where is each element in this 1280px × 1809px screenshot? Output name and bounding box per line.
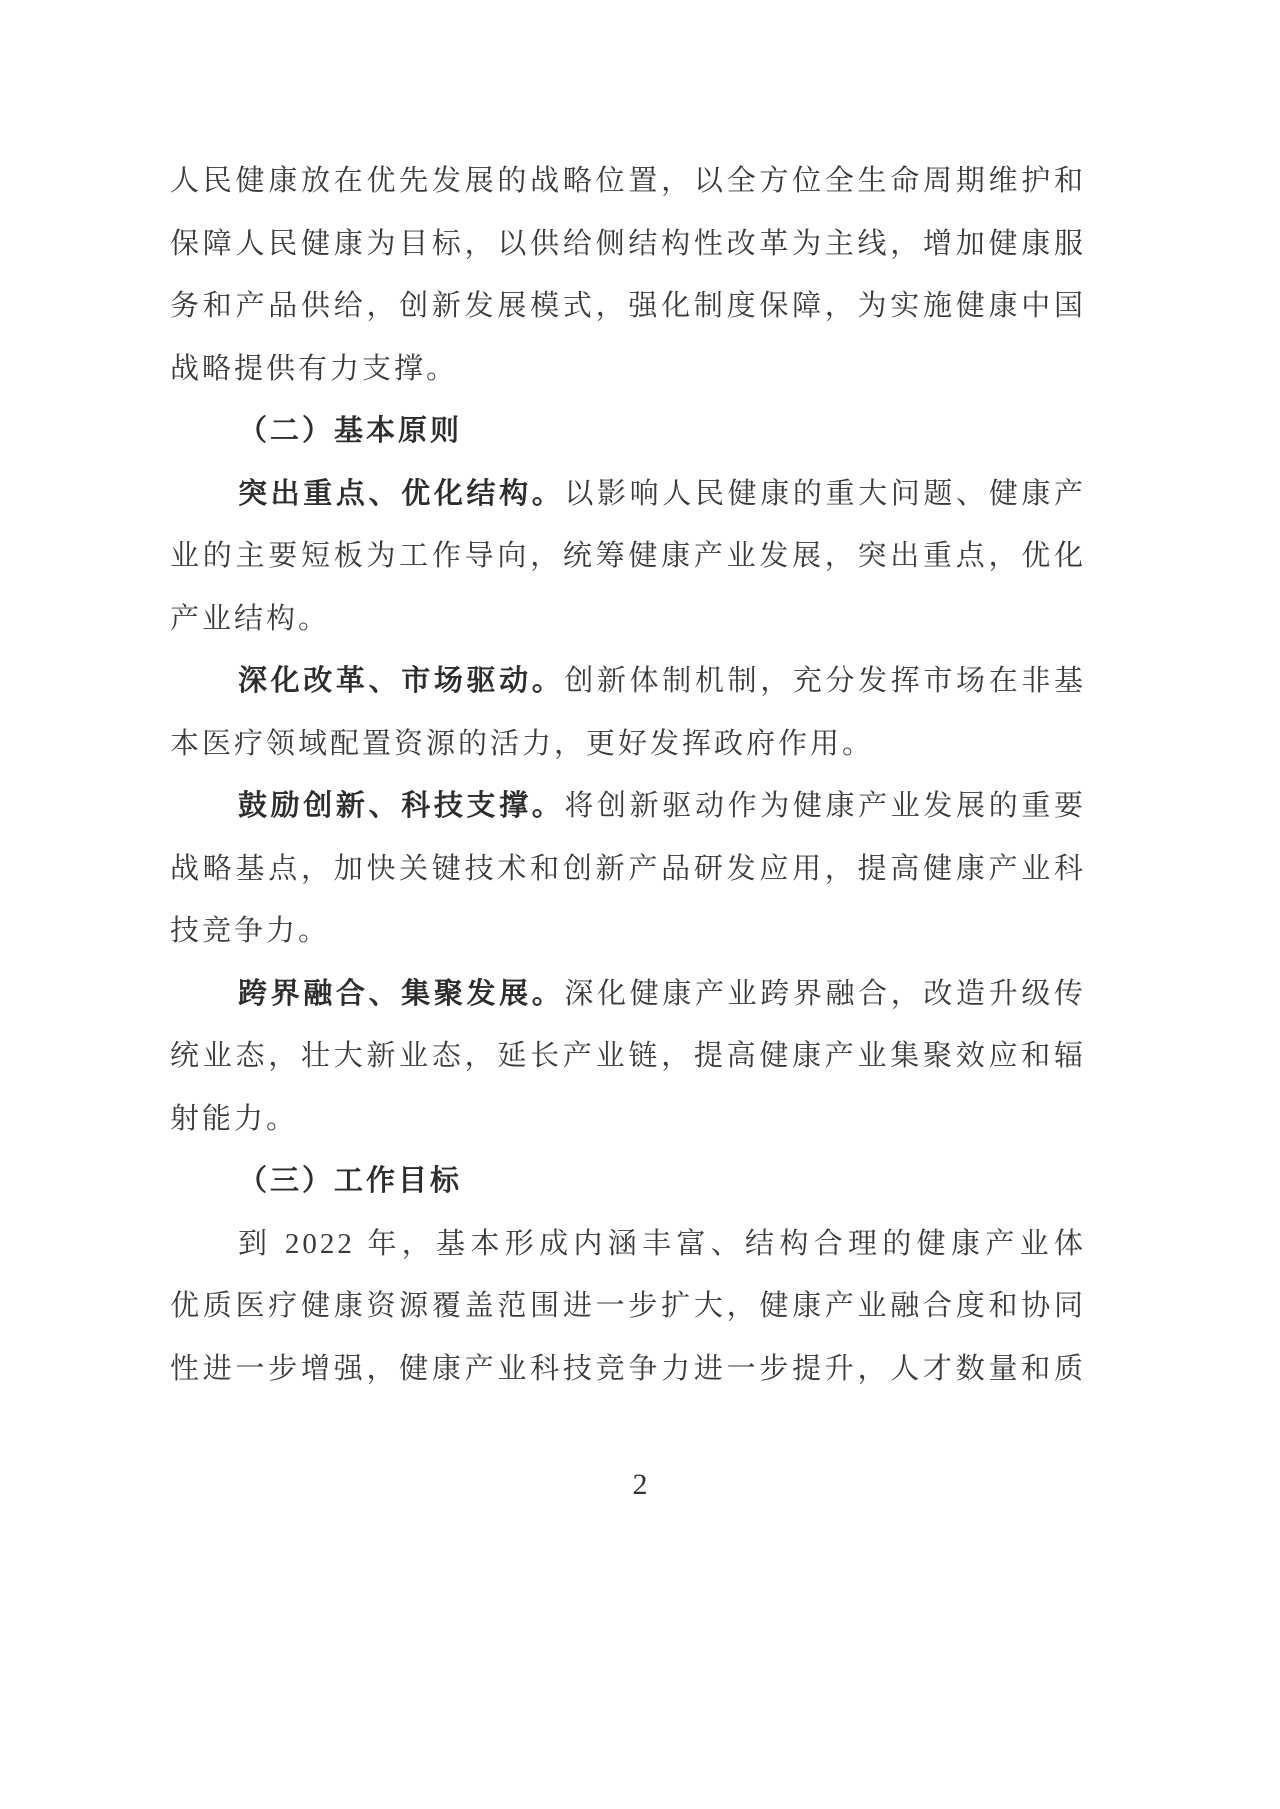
body-text: 本医疗领域配置资源的活力，更好发挥政府作用。 (170, 728, 874, 760)
text-line: 统业态，壮大新业态，延长产业链，提高健康产业集聚效应和辐 (170, 1025, 1086, 1088)
body-text: 性进一步增强，健康产业科技竞争力进一步提升，人才数量和质 (170, 1353, 1086, 1385)
text-line: 人民健康放在优先发展的战略位置，以全方位全生命周期维护和 (170, 150, 1086, 213)
body-text: 技竞争力。 (170, 915, 330, 947)
text-line: 战略基点，加快关键技术和创新产品研发应用，提高健康产业科 (170, 838, 1086, 901)
emphasis-text: 深化改革、市场驱动。 (238, 665, 564, 697)
document-page: 人民健康放在优先发展的战略位置，以全方位全生命周期维护和保障人民健康为目标，以供… (0, 0, 1280, 1809)
emphasis-text: 突出重点、优化结构。 (238, 478, 564, 510)
body-text: 将创新驱动作为健康产业发展的重要 (564, 790, 1086, 822)
text-line: 到 2022 年，基本形成内涵丰富、结构合理的健康产业体系， (170, 1213, 1086, 1276)
body-text: 优质医疗健康资源覆盖范围进一步扩大，健康产业融合度和协同 (170, 1290, 1086, 1322)
text-line: 业的主要短板为工作导向，统筹健康产业发展，突出重点，优化 (170, 525, 1086, 588)
text-line: 务和产品供给，创新发展模式，强化制度保障，为实施健康中国 (170, 275, 1086, 338)
text-line: 射能力。 (170, 1088, 1086, 1151)
section-heading: （三）工作目标 (170, 1150, 1086, 1213)
text-line: 性进一步增强，健康产业科技竞争力进一步提升，人才数量和质 (170, 1338, 1086, 1401)
text-line: 深化改革、市场驱动。创新体制机制，充分发挥市场在非基 (170, 650, 1086, 713)
text-line: 战略提供有力支撑。 (170, 338, 1086, 401)
emphasis-text: 跨界融合、集聚发展。 (238, 978, 564, 1010)
emphasis-text: 鼓励创新、科技支撑。 (238, 790, 564, 822)
body-text: 业的主要短板为工作导向，统筹健康产业发展，突出重点，优化 (170, 540, 1086, 572)
body-text: 射能力。 (170, 1103, 298, 1135)
text-line: 本医疗领域配置资源的活力，更好发挥政府作用。 (170, 713, 1086, 776)
body-text: 战略提供有力支撑。 (170, 353, 458, 385)
body-text: 人民健康放在优先发展的战略位置，以全方位全生命周期维护和 (170, 165, 1086, 197)
text-line: 保障人民健康为目标，以供给侧结构性改革为主线，增加健康服 (170, 213, 1086, 276)
text-line: 突出重点、优化结构。以影响人民健康的重大问题、健康产 (170, 463, 1086, 526)
body-text: 战略基点，加快关键技术和创新产品研发应用，提高健康产业科 (170, 853, 1086, 885)
emphasis-text: （二）基本原则 (238, 415, 462, 447)
body-text: 以影响人民健康的重大问题、健康产 (564, 478, 1086, 510)
body-text: 创新体制机制，充分发挥市场在非基 (564, 665, 1086, 697)
text-line: 优质医疗健康资源覆盖范围进一步扩大，健康产业融合度和协同 (170, 1275, 1086, 1338)
emphasis-text: （三）工作目标 (238, 1165, 462, 1197)
body-text: 产业结构。 (170, 603, 330, 635)
text-line: 鼓励创新、科技支撑。将创新驱动作为健康产业发展的重要 (170, 775, 1086, 838)
body-text: 到 2022 年，基本形成内涵丰富、结构合理的健康产业体系， (170, 1228, 1086, 1276)
text-line: 产业结构。 (170, 588, 1086, 651)
text-line: 技竞争力。 (170, 900, 1086, 963)
body-text: 保障人民健康为目标，以供给侧结构性改革为主线，增加健康服 (170, 228, 1086, 260)
section-heading: （二）基本原则 (170, 400, 1086, 463)
text-line: 跨界融合、集聚发展。深化健康产业跨界融合，改造升级传 (170, 963, 1086, 1026)
body-text: 务和产品供给，创新发展模式，强化制度保障，为实施健康中国 (170, 290, 1086, 322)
body-text: 统业态，壮大新业态，延长产业链，提高健康产业集聚效应和辐 (170, 1040, 1086, 1072)
body-text: 深化健康产业跨界融合，改造升级传 (564, 978, 1086, 1010)
document-body: 人民健康放在优先发展的战略位置，以全方位全生命周期维护和保障人民健康为目标，以供… (170, 150, 1086, 1400)
page-number: 2 (0, 1468, 1280, 1502)
